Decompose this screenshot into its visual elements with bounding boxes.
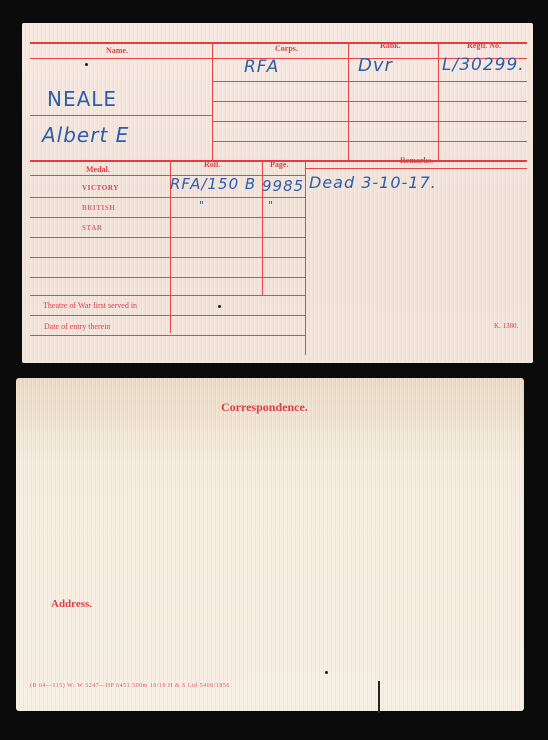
ink-spot — [325, 671, 328, 674]
rank-entry: Dvr — [358, 55, 393, 76]
british-roll-ditto: " — [199, 199, 205, 212]
regtl-no-header: Regtl. No. — [467, 41, 501, 50]
row-rule — [212, 121, 527, 122]
ink-spot — [218, 305, 221, 308]
remarks-header: Remarks. — [400, 156, 433, 165]
page-header: Page. — [270, 160, 288, 169]
form-number: K. 1380. — [494, 322, 518, 330]
medal-row-rule — [30, 335, 305, 336]
ink-spot — [85, 63, 88, 66]
forenames-entry: Albert E — [42, 123, 129, 147]
rank-header: Rank. — [380, 41, 401, 50]
medal-row-rule — [30, 237, 305, 238]
medal-row-rule — [30, 257, 305, 258]
remarks-entry: Dead 3-10-17. — [309, 173, 437, 192]
medal-row-rule — [30, 277, 305, 278]
corps-entry: RFA — [244, 57, 279, 77]
victory-page-entry: 9985 — [262, 177, 304, 195]
row-rule — [212, 101, 527, 102]
card-crease — [378, 681, 380, 713]
remarks-header-rule — [305, 168, 527, 169]
medal-index-card-front: Name. Corps. Rank. Regtl. No. NEALE Albe… — [22, 23, 533, 363]
regtl-no-entry: L/30299. — [442, 55, 525, 75]
surname-entry: NEALE — [47, 87, 117, 111]
correspondence-heading: Correspondence. — [221, 400, 308, 415]
corps-header: Corps. — [275, 44, 298, 53]
medal-row-rule — [30, 197, 305, 198]
medal-row-british: BRITISH — [82, 204, 115, 212]
victory-roll-entry: RFA/150 B — [170, 175, 256, 193]
name-row-rule — [30, 115, 212, 116]
medal-header: Medal. — [86, 165, 110, 174]
medal-header-rule — [30, 175, 305, 176]
name-header: Name. — [106, 46, 128, 55]
page-remarks-divider — [305, 160, 306, 355]
medal-row-rule — [30, 315, 305, 316]
address-heading: Address. — [51, 598, 92, 610]
roll-header: Roll. — [204, 160, 220, 169]
row-rule — [212, 81, 527, 82]
medal-row-rule — [30, 217, 305, 218]
medal-row-star: STAR — [82, 224, 103, 232]
british-page-ditto: " — [268, 199, 274, 212]
medal-index-card-back: Correspondence. Address. (B 64—115) W: W… — [16, 378, 524, 711]
theatre-of-war-label: Theatre of War first served in — [43, 301, 137, 310]
date-of-entry-label: Date of entry therein — [44, 322, 110, 331]
medal-row-victory: VICTORY — [82, 184, 119, 192]
medal-row-rule — [30, 295, 305, 296]
row-rule — [212, 141, 527, 142]
printer-imprint: (B 64—115) W: W 5247—HP 6451 500m 10/19 … — [30, 683, 230, 689]
